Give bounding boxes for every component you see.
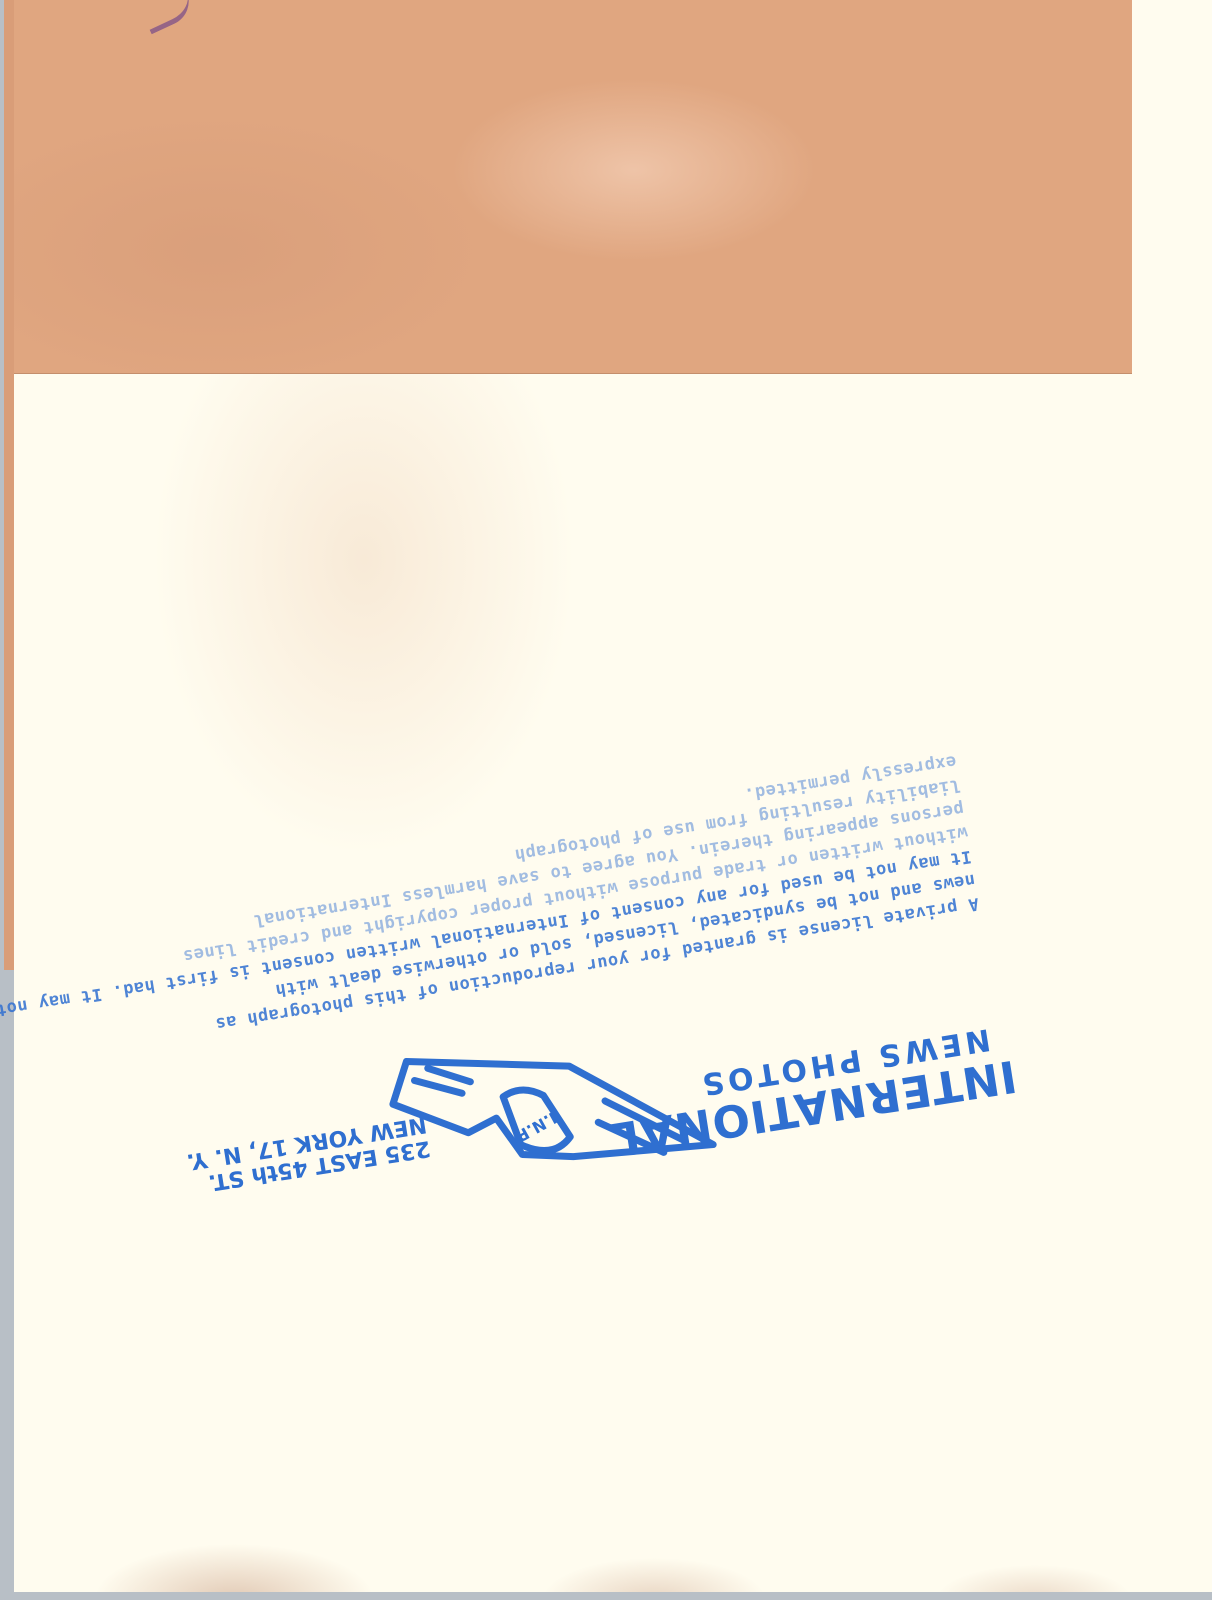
kraft-paper-strip — [14, 0, 1132, 374]
pen-mark — [141, 0, 197, 34]
inp-hand-logo: I.N.P. — [375, 1005, 726, 1215]
scanner-bed-edge — [0, 1592, 1212, 1600]
